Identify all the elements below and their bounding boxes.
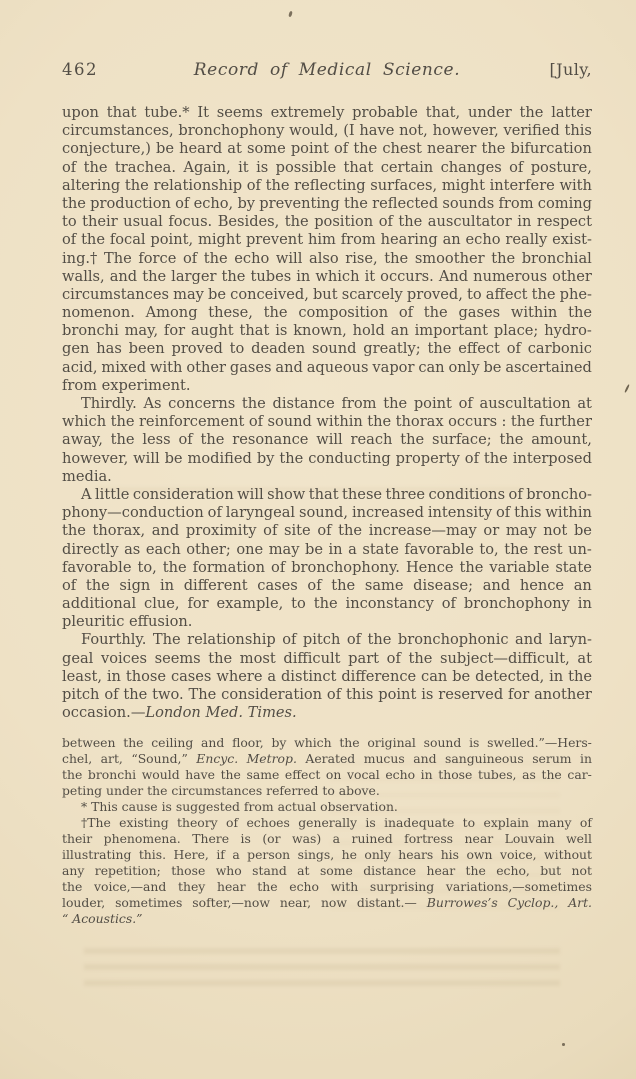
word: variations,—sometimes [446,879,592,894]
word: inadequate [384,815,454,830]
word: between [62,735,116,750]
text-segment: pleuritic effusion. [62,613,192,630]
word: an [391,322,409,339]
word: will [237,486,264,503]
word: Again, [183,159,230,176]
word: of [175,195,189,212]
issue-date: [July, [460,60,592,79]
word: tubes [250,268,291,285]
text-line: ofthetrachea.Again,itispossiblethatcerta… [62,159,592,177]
word: in [549,668,563,685]
text-line: Thirdly.Asconcernsthedistancefromthepoin… [62,395,592,413]
word: of [178,431,192,448]
word: that, [426,104,460,121]
word: The [153,631,181,648]
word: broncho- [526,486,592,503]
word: to [467,286,482,303]
text-line: anyrepetition;thosewhostandatsomedistanc… [62,863,592,879]
word: louder, [62,895,105,910]
word: proved, [407,286,463,303]
footnote-asterisk: * This cause is suggested from actual ob… [62,799,592,815]
word: mucus [364,751,405,766]
word: be [165,450,183,467]
word: same [365,577,404,594]
word: reinforcement [139,413,244,430]
word: the [460,559,484,576]
word: is [421,686,433,703]
word: sign [119,577,150,594]
word: ruined [352,831,393,846]
word: the [398,213,422,230]
text-line: theproductionofecho,bypreventingtherefle… [62,195,592,213]
word: nearer [427,140,476,157]
word: sings, [298,847,335,862]
word: generally [298,815,357,830]
text-segment: occasion.— [62,704,145,721]
word: the [331,577,355,594]
word: echo [289,879,319,894]
word: at [227,140,242,157]
word: swelled.”—Hers- [487,735,592,750]
word: under [468,104,512,121]
word: a [348,541,357,558]
word: cases [257,577,298,594]
text-line: †Theexistingtheoryofechoesgenerallyisina… [62,815,592,831]
word: of [334,140,348,157]
word: least, [62,668,102,685]
word: be [452,668,470,685]
text-line: betweentheceilingandfloor,bywhichtheorig… [62,735,592,751]
word: the [383,395,407,412]
journal-title: Record of Medical Science. [194,60,460,80]
word: surprising [370,879,434,894]
text-segment: peting under the circumstances referred … [62,783,380,798]
text-line: louder,sometimessofter,—nownear,nowdista… [62,895,592,911]
word: may, [125,322,158,339]
word: from [342,395,377,412]
word: point [378,686,416,703]
word: it [365,268,376,285]
word: be [574,522,592,539]
word: conducting [308,450,391,467]
word: The [104,250,132,267]
word: from [341,231,376,248]
word: the [84,159,108,176]
word: Among [146,304,198,321]
word: within [316,413,363,430]
word: (I [343,122,354,139]
word: hear [427,863,456,878]
word: sometimes [115,895,182,910]
word: the [408,650,432,667]
word: difficult [283,650,340,667]
word: aught [191,322,234,339]
word: pitch [303,631,340,648]
word: greatly; [363,340,420,357]
word: interposed [513,450,592,467]
word: was) [292,831,321,846]
word: concerns [168,395,235,412]
word: will [133,450,160,467]
word: un- [568,541,592,558]
word: posture, [531,159,592,176]
text-line: conjecture,)beheardatsomepointofthechest… [62,140,592,158]
word: that [240,322,270,339]
word: the [123,686,147,703]
word: auscultation [480,395,571,412]
word: in [107,668,121,685]
text-line: thevoice,—andtheyheartheechowithsurprisi… [62,879,592,895]
word: bronchophony [464,595,570,612]
word: little [95,486,129,503]
word: effect [458,340,500,357]
word: of [387,650,401,667]
word: proved [171,340,222,357]
word: detected, [475,668,544,685]
word: of [509,159,523,176]
word: these, [208,304,253,321]
text-line: away,thelessoftheresonancewillreachthesu… [62,431,592,449]
text-line: directlyaseachother;onemaybeinastatefavo… [62,541,592,559]
word: the [424,304,448,321]
text-line: pitchofthetwo.Theconsiderationofthispoin… [62,686,592,704]
word: the [62,522,86,539]
word: the [499,431,523,448]
word: the [400,431,424,448]
word: who [216,863,242,878]
word: Burrowes’s [427,895,498,910]
page-number: 462 [62,60,194,79]
word: be [483,359,501,376]
word: most [240,650,276,667]
word: of [580,815,592,830]
word: “Sound,” [131,751,187,766]
text-line: favorableto,theformationofbronchophony.H… [62,559,592,577]
word: bronchial [522,250,592,267]
word: gen [62,340,89,357]
word: focus. [168,213,212,230]
word: smoother [415,250,485,267]
paragraph-fourthly: Fourthly.Therelationshipofpitchofthebron… [62,631,592,722]
word: the [339,735,359,750]
word: respect [537,213,592,230]
text-line: bronchimay,foraughtthatisknown,holdanimp… [62,322,592,340]
word: reflecting [294,177,365,194]
word: tube.* [144,104,189,121]
word: The [189,686,217,703]
word: relationship [187,631,276,648]
word: gases [230,359,272,376]
paper-speck [288,11,293,18]
word: voice, [500,847,537,862]
word: those [171,863,205,878]
word: it [238,159,249,176]
word: point [414,395,452,412]
word: sound, [299,504,348,521]
word: of [104,686,118,703]
word: show [267,486,305,503]
word: tubes, [478,767,517,782]
word: the [257,879,277,894]
word: of [62,159,76,176]
footnotes-block: betweentheceilingandfloor,bywhichtheorig… [62,735,592,927]
word: the [368,631,392,648]
word: conceived, [230,286,309,303]
word: own [466,847,492,862]
word: of [226,815,238,830]
word: serum [532,751,571,766]
word: which [62,413,106,430]
word: auscultator [428,213,512,230]
word: Art. [568,895,592,910]
word: phenomena. [104,831,181,846]
word: the [111,413,135,430]
text-segment: media. [62,468,112,485]
word: in [517,213,531,230]
word: Cyclop., [508,895,559,910]
text-line: from experiment. [62,377,592,395]
text-line: totheirusualfocus.Besides,thepositionoft… [62,213,592,231]
word: only [364,847,390,862]
word: affect [486,286,528,303]
word: near [465,831,494,846]
word: without [544,847,592,862]
word: would, [289,122,338,139]
word: the [568,668,592,685]
word: in [421,767,433,782]
word: might [442,177,485,194]
word: sound [312,340,356,357]
word: if [216,847,225,862]
word: and [275,359,302,376]
word: bronchi [62,322,119,339]
word: be [305,541,323,558]
word: person [247,847,290,862]
word: the [221,767,241,782]
word: usual [123,213,163,230]
word: may [269,541,300,558]
text-line: gealvoicesseemsthemostdifficultpartofthe… [62,650,592,668]
word: focal [110,231,146,248]
word: the [532,286,556,303]
word: distinct [281,668,336,685]
word: in [578,595,592,612]
word: acid, [62,359,98,376]
word: the [367,413,391,430]
word: bronchophony [178,122,284,139]
word: increased [352,504,424,521]
word: carbonic [528,340,592,357]
word: hearing [381,231,438,248]
word: bronchophony. [291,559,400,576]
word: in [160,577,174,594]
word: at [577,395,592,412]
word: bronchi [88,767,136,782]
word: chest [382,140,422,157]
word: effect [285,767,320,782]
word: him [308,231,336,248]
word: to, [137,559,156,576]
text-line: media. [62,468,592,486]
word: other [552,268,592,285]
word: other; [186,541,231,558]
word: difference [341,668,416,685]
word: probable [352,104,418,121]
word: to [463,815,475,830]
word: is [275,322,287,339]
word: of [317,522,331,539]
word: upon [62,104,99,121]
word: to [62,213,77,230]
word: many [537,815,571,830]
word: geal [62,650,93,667]
word: the [504,541,528,558]
word: verified [504,122,560,139]
word: those [126,668,166,685]
article-body: uponthattube.*Itseemsextremelyprobableth… [62,104,592,722]
word: and [515,631,542,648]
word: may [173,286,204,303]
word: or [483,522,499,539]
word: hence [520,577,564,594]
word: echo, [496,863,530,878]
word: car- [567,767,591,782]
word: consideration [221,686,322,703]
text-column: uponthattube.*Itseemsextremelyprobableth… [62,104,592,927]
word: property [396,450,460,467]
word: explain [483,815,529,830]
word: an [443,231,461,248]
word: he [342,847,357,862]
word: same [246,767,279,782]
word: conjecture,) [62,140,151,157]
word: their [82,213,118,230]
word: less [142,431,170,448]
word: the [81,231,105,248]
word: example, [217,595,284,612]
word: modified [188,450,252,467]
word: There [192,831,229,846]
word: and [483,577,510,594]
word: other [186,359,226,376]
footnote-continuation: betweentheceilingandfloor,bywhichtheorig… [62,735,592,799]
text-line: uponthattube.*Itseemsextremelyprobableth… [62,104,592,122]
word: the [201,431,225,448]
word: scarcely [342,286,403,303]
word: interfere [490,177,555,194]
word: with [150,359,182,376]
word: distant.— [357,895,417,910]
word: is [241,831,251,846]
text-line: however,willbemodifiedbytheconductingpro… [62,450,592,468]
word: (or [262,831,280,846]
word: intensity [428,504,492,521]
word: further [539,413,592,430]
text-line: alteringtherelationshipofthereflectingsu… [62,177,592,195]
word: site [284,522,311,539]
word: echo [234,250,269,267]
word: heard [179,140,222,157]
word: ascertained [505,359,592,376]
word: would [142,767,180,782]
word: for [508,686,529,703]
word: It [197,104,209,121]
word: those [438,767,472,782]
word: however, [62,450,128,467]
word: the [123,735,143,750]
word: rest [534,541,563,558]
word: sounds [442,195,494,212]
word: a [232,847,239,862]
word: not [572,863,592,878]
text-line: ofthefocalpoint,mightpreventhimfromheari… [62,231,592,249]
word: this [514,504,541,521]
word: for [164,322,185,339]
word: relationship [153,177,242,194]
word: the [541,767,561,782]
word: has [96,340,122,357]
text-line: least,inthosecaseswhereadistinctdifferen… [62,668,592,686]
word: illustrating [62,847,131,862]
word: the [568,304,592,321]
word: the [208,650,232,667]
word: changes [441,159,502,176]
word: reach [351,431,393,448]
word: latter [551,104,592,121]
word: and [201,735,224,750]
text-line: “ Acoustics.” [62,911,592,927]
word: some [320,863,353,878]
text-line: Fourthly.Therelationshipofpitchofthebron… [62,631,592,649]
word: the [491,250,515,267]
word: occurs [448,413,497,430]
text-line: genhasbeenprovedtodeadensoundgreatly;the… [62,340,592,358]
word: in [296,268,310,285]
word: by [237,195,255,212]
word: Fourthly. [81,631,146,648]
word: distance [273,395,335,412]
word: of [465,450,479,467]
word: now [321,895,347,910]
word: away, [62,431,103,448]
word: another [534,686,592,703]
word: art, [101,751,123,766]
word: of [507,340,521,357]
word: Here, [174,847,209,862]
word: floor, [232,735,264,750]
word: can [418,359,444,376]
text-line: peting under the circumstances referred … [62,783,592,799]
word: two. [152,686,184,703]
word: the [466,863,486,878]
word: repetition; [95,863,161,878]
word: with [559,177,591,194]
word: within [511,304,558,321]
word: thorax [396,413,444,430]
word: which [315,268,359,285]
text-line: chel,art,“Sound,”Encyc.Metrop.Aeratedmuc… [62,751,592,767]
word: the [484,450,508,467]
word: sound [267,413,311,430]
text-line: circumstancesmaybeconceived,butscarcelyp… [62,286,592,304]
word: to, [479,541,498,558]
word: subject—difficult, [440,650,570,667]
word: stand [252,863,287,878]
word: on [326,767,341,782]
word: Metrop. [247,751,297,766]
word: directly [62,541,119,558]
word: important [415,322,488,339]
